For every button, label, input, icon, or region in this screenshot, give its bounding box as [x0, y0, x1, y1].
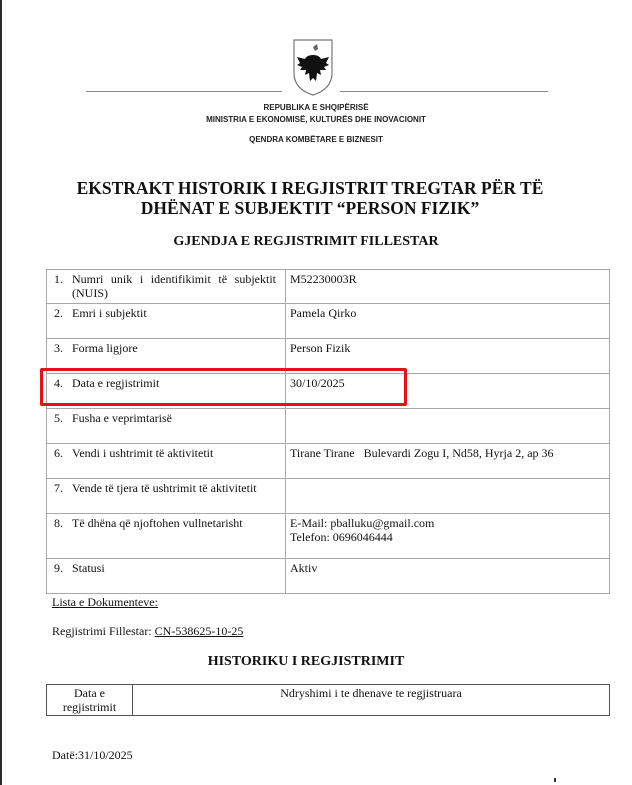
row-label-text: Forma ligjore [72, 341, 138, 355]
row-label-text: Vendi i ushtrimit të aktivitetit [72, 446, 213, 460]
page-mark [554, 778, 556, 782]
history-header-row: Data e regjistrimit Ndryshimi i te dhena… [47, 685, 610, 716]
row-number: 7. [51, 481, 72, 495]
title-line-2: DHËNAT E SUBJEKTIT “PERSON FIZIK” [60, 198, 560, 218]
row-number: 1. [51, 272, 72, 286]
row-value: E-Mail: pballuku@gmail.com Telefon: 0696… [286, 514, 610, 559]
table-row: 5.Fusha e veprimtarisë [47, 409, 610, 444]
initial-registration: Regjistrimi Fillestar: CN-538625-10-25 [52, 624, 243, 639]
header-rule-left [86, 91, 282, 92]
table-row: 8.Të dhëna që njoftohen vullnetarisht E-… [47, 514, 610, 559]
header-center: QENDRA KOMBËTARE E BIZNESIT [0, 135, 632, 144]
table-row: 2.Emri i subjektit Pamela Qirko [47, 304, 610, 339]
table-row: 1.Numri unik i identifikimit të subjekti… [47, 270, 610, 304]
row-number: 2. [51, 306, 72, 320]
coat-of-arms-icon [291, 37, 335, 97]
documents-list-label: Lista e Dokumenteve: [52, 595, 158, 610]
row-value [286, 479, 610, 514]
row-label-text: Fusha e veprimtarisë [72, 411, 172, 425]
header-rule-right [340, 91, 548, 92]
footer-date: Datë:31/10/2025 [52, 748, 133, 763]
row-number: 9. [51, 561, 72, 575]
title-line-1: EKSTRAKT HISTORIK I REGJISTRIT TREGTAR P… [60, 178, 560, 198]
initial-registration-link[interactable]: CN-538625-10-25 [155, 624, 244, 638]
highlight-box [40, 368, 407, 406]
initial-registration-label: Regjistrimi Fillestar: [52, 624, 155, 638]
row-number: 5. [51, 411, 72, 425]
phone-value: Telefon: 0696046444 [290, 530, 605, 544]
row-value [286, 409, 610, 444]
table-row: 7.Vende të tjera të ushtrimit të aktivit… [47, 479, 610, 514]
row-label: 1.Numri unik i identifikimit të subjekti… [47, 270, 286, 304]
history-table: Data e regjistrimit Ndryshimi i te dhena… [46, 684, 610, 716]
row-number: 3. [51, 341, 72, 355]
row-value: Tirane Tirane Bulevardi Zogu I, Nd58, Hy… [286, 444, 610, 479]
history-title: HISTORIKU I REGJISTRIMIT [0, 654, 612, 670]
row-number: 6. [51, 446, 72, 460]
row-label-text: Statusi [72, 561, 105, 575]
registry-table: 1.Numri unik i identifikimit të subjekti… [46, 269, 610, 594]
row-label-text: Të dhëna që njoftohen vullnetarisht [72, 516, 243, 530]
document-title: EKSTRAKT HISTORIK I REGJISTRIT TREGTAR P… [60, 178, 560, 218]
table-row: 6.Vendi i ushtrimit të aktivitetit Tiran… [47, 444, 610, 479]
row-label-text: Emri i subjektit [72, 306, 147, 320]
row-label-text: Vende të tjera të ushtrimit të aktivitet… [72, 481, 257, 495]
header-ministry: MINISTRIA E EKONOMISË, KULTURËS DHE INOV… [0, 115, 632, 124]
row-label-text: Numri unik i identifikimit të subjektit … [72, 272, 276, 300]
history-col-date: Data e regjistrimit [47, 685, 133, 716]
row-value: Pamela Qirko [286, 304, 610, 339]
email-value: E-Mail: pballuku@gmail.com [290, 516, 605, 530]
history-col-changes: Ndryshimi i te dhenave te regjistruara [133, 685, 610, 716]
row-number: 8. [51, 516, 72, 530]
header-republic: REPUBLIKA E SHQIPËRISË [0, 103, 632, 112]
table-row: 9.Statusi Aktiv [47, 559, 610, 594]
section-title: GJENDJA E REGJISTRIMIT FILLESTAR [0, 234, 612, 250]
row-value: M52230003R [286, 270, 610, 304]
row-value: Aktiv [286, 559, 610, 594]
